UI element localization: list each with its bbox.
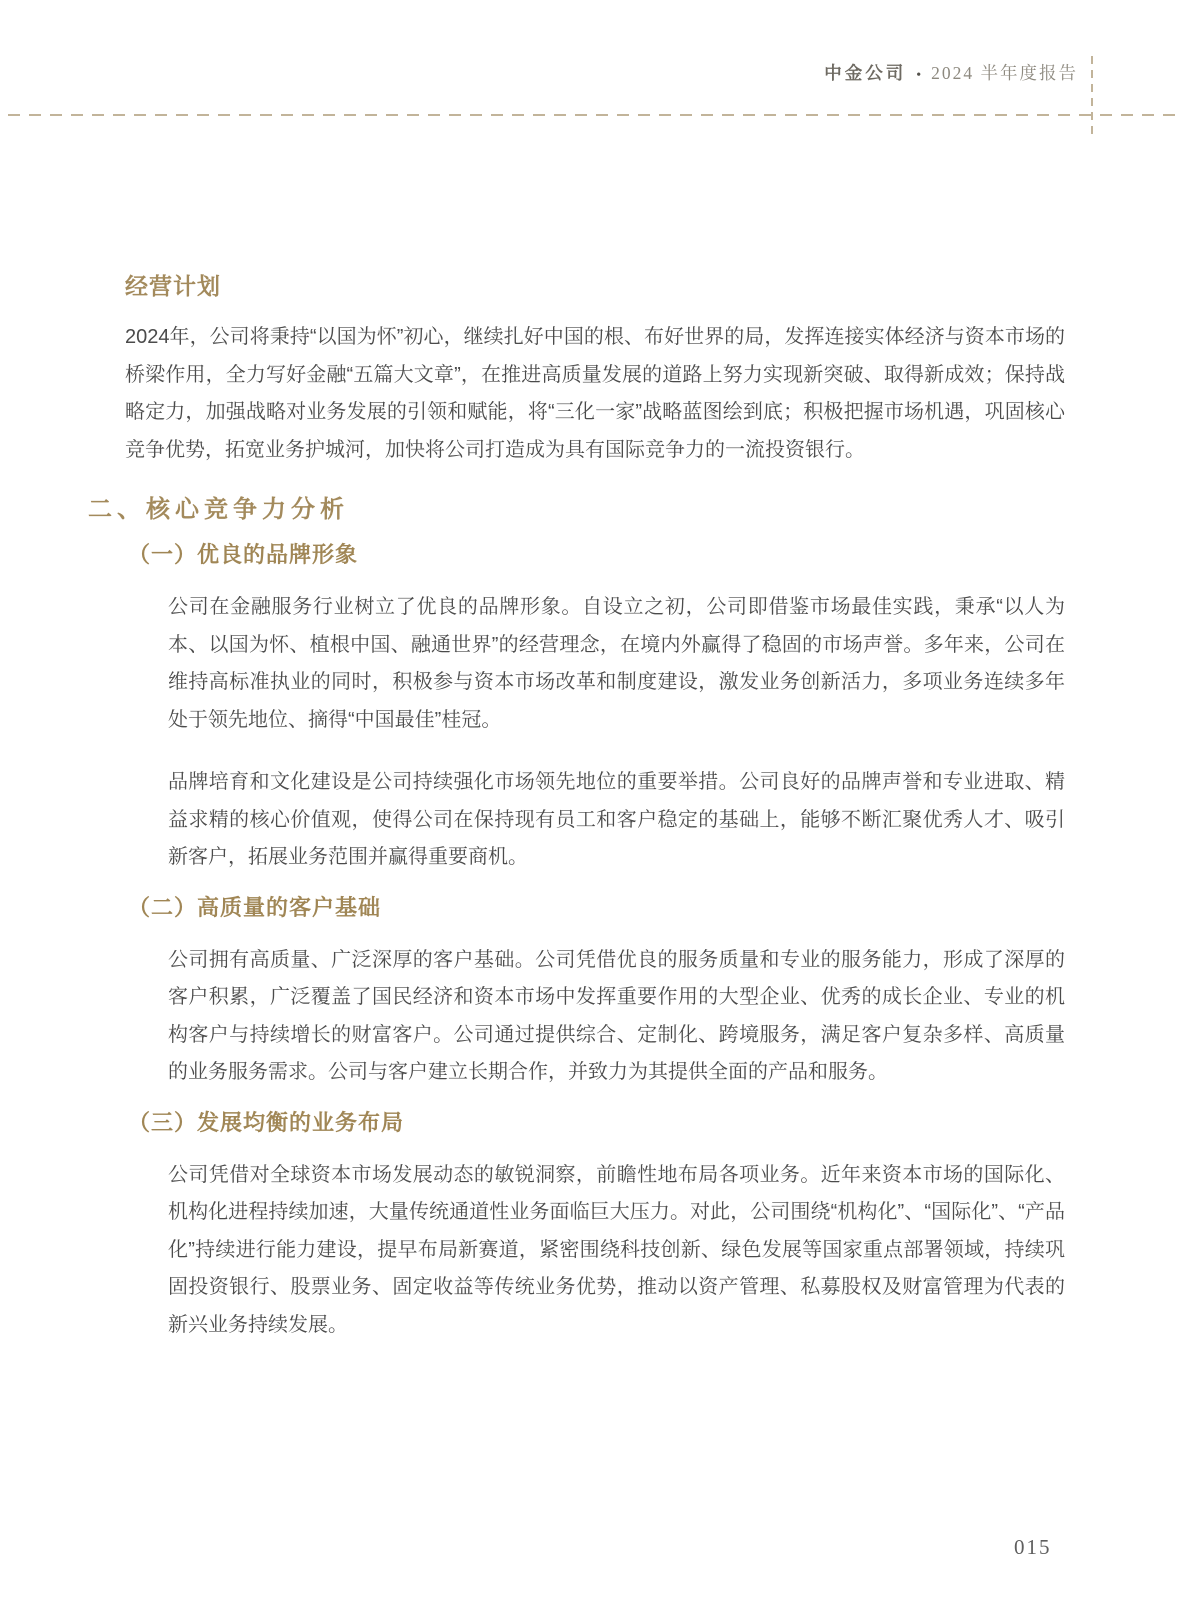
section-heading-business-plan: 经营计划 — [125, 268, 1065, 301]
subsection-business-layout: （三）发展均衡的业务布局 公司凭借对全球资本市场发展动态的敏锐洞察，前瞻性地布局… — [125, 1106, 1065, 1345]
subsection-body-business-layout: 公司凭借对全球资本市场发展动态的敏锐洞察，前瞻性地布局各项业务。近年来资本市场的… — [168, 1157, 1065, 1345]
subsection-heading-business-layout: （三）发展均衡的业务布局 — [128, 1106, 1065, 1137]
brand-image-paragraph-2: 品牌培育和文化建设是公司持续强化市场领先地位的重要举措。公司良好的品牌声誉和专业… — [168, 764, 1065, 877]
section-heading-core-competitiveness: 二、核心竞争力分析 — [88, 489, 1065, 524]
subsection-heading-brand-image: （一）优良的品牌形象 — [128, 538, 1065, 569]
subsection-customer-base: （二）高质量的客户基础 公司拥有高质量、广泛深厚的客户基础。公司凭借优良的服务质… — [125, 891, 1065, 1092]
report-page: 中金公司•2024 半年度报告 经营计划 2024年，公司将秉持“以国为怀”初心… — [0, 0, 1190, 1615]
subsection-heading-customer-base: （二）高质量的客户基础 — [128, 891, 1065, 922]
customer-base-paragraph: 公司拥有高质量、广泛深厚的客户基础。公司凭借优良的服务质量和专业的服务能力，形成… — [168, 942, 1065, 1092]
brand-image-paragraph-1: 公司在金融服务行业树立了优良的品牌形象。自设立之初，公司即借鉴市场最佳实践，秉承… — [168, 589, 1065, 739]
header-bullet-separator: • — [916, 68, 923, 83]
vertical-dashed-rule — [1091, 56, 1093, 138]
company-name: 中金公司 — [824, 63, 906, 83]
page-header: 中金公司•2024 半年度报告 — [824, 60, 1078, 85]
subsection-brand-image: （一）优良的品牌形象 公司在金融服务行业树立了优良的品牌形象。自设立之初，公司即… — [125, 538, 1065, 877]
main-content: 经营计划 2024年，公司将秉持“以国为怀”初心，继续扎好中国的根、布好世界的局… — [125, 268, 1065, 1344]
business-layout-paragraph: 公司凭借对全球资本市场发展动态的敏锐洞察，前瞻性地布局各项业务。近年来资本市场的… — [168, 1157, 1065, 1345]
subsection-body-customer-base: 公司拥有高质量、广泛深厚的客户基础。公司凭借优良的服务质量和专业的服务能力，形成… — [168, 942, 1065, 1092]
subsection-body-brand-image: 公司在金融服务行业树立了优良的品牌形象。自设立之初，公司即借鉴市场最佳实践，秉承… — [168, 589, 1065, 877]
horizontal-dashed-rule — [8, 114, 1184, 116]
page-number: 015 — [1014, 1535, 1052, 1560]
report-title: 2024 半年度报告 — [931, 63, 1078, 83]
business-plan-paragraph: 2024年，公司将秉持“以国为怀”初心，继续扎好中国的根、布好世界的局，发挥连接… — [125, 319, 1065, 469]
